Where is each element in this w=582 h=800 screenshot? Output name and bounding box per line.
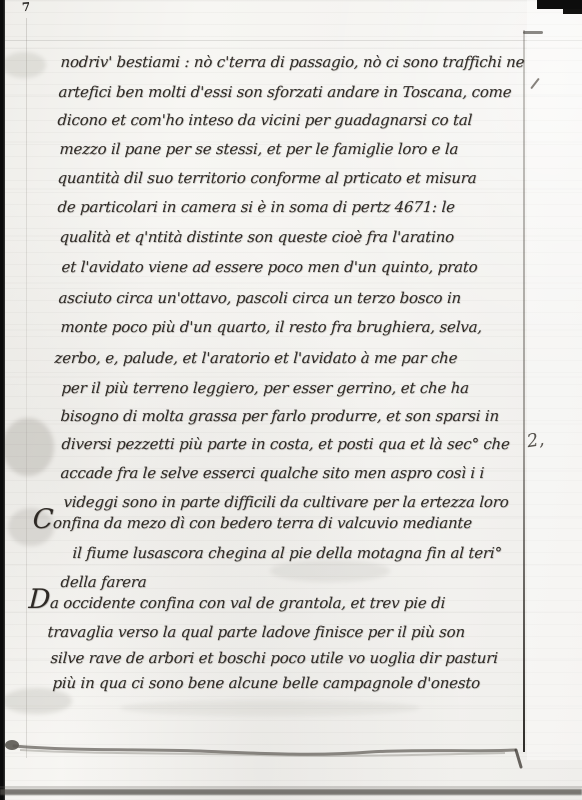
top-left-ink-mark: 7 [22, 1, 31, 14]
paper-smudge [120, 700, 420, 716]
manuscript-line-paragraph-start: Da occidente confina con val de grantola… [28, 592, 446, 613]
page-number-note: 2, [526, 430, 546, 452]
manuscript-line: per il più terreno leggiero, per esser g… [61, 378, 469, 398]
manuscript-line: artefici ben molti d'essi son sforzati a… [58, 82, 512, 102]
scan-left-edge [0, 0, 5, 800]
faint-rule-line [0, 40, 582, 41]
top-right-corner-mark [563, 9, 582, 14]
paper-smudge [270, 560, 390, 582]
manuscript-line: il fiume lusascora chegina al pie della … [72, 543, 502, 563]
right-fold-top-hook [523, 31, 543, 34]
paper-smudge [2, 418, 54, 476]
hand-drawn-bottom-rule [0, 720, 582, 780]
manuscript-line: monte poco più d'un quarto, il resto fra… [60, 317, 482, 337]
scanned-manuscript-page: 7 2, nodriv' bestiami : nò c'terra di pa… [0, 0, 582, 800]
right-fold-line [523, 30, 525, 752]
manuscript-line: dicono et com'ho inteso da vicini per gu… [57, 110, 473, 130]
manuscript-line: accade fra le selve esserci qualche sito… [60, 463, 485, 483]
manuscript-line: de particolari in camera si è in soma di… [57, 197, 455, 217]
manuscript-line: quantità dil suo territorio conforme al … [57, 168, 477, 188]
manuscript-line: silve rave de arbori et boschi poco util… [50, 648, 498, 668]
paper-smudge [2, 52, 46, 78]
manuscript-line: più in qua ci sono bene alcune belle cam… [52, 673, 481, 693]
page-right-margin [527, 0, 582, 760]
scan-bottom-shadow [0, 789, 582, 795]
manuscript-line: mezzo il pane per se stessi, et per le f… [59, 139, 459, 159]
manuscript-line: asciuto circa un'ottavo, pascoli circa u… [58, 288, 462, 308]
manuscript-line: videggi sono in parte difficili da culti… [63, 492, 509, 512]
left-fold-line [26, 18, 27, 758]
top-right-corner-mark [537, 0, 582, 9]
scan-bottom-shadow [0, 786, 582, 788]
manuscript-line-paragraph-start: Confina da mezo dì con bedero terra di v… [32, 512, 473, 533]
manuscript-line: zerbo, e, palude, et l'aratorio et l'avi… [54, 348, 458, 368]
manuscript-line: bisogno di molta grassa per farlo produr… [60, 406, 499, 426]
manuscript-line: diversi pezzetti più parte in costa, et … [61, 434, 510, 454]
manuscript-line: della farera [60, 572, 147, 592]
manuscript-line: et l'avidato viene ad essere poco men d'… [61, 257, 478, 277]
manuscript-line: travaglia verso la qual parte ladove fin… [47, 622, 465, 642]
manuscript-line: qualità et q'ntità distinte son queste c… [59, 227, 455, 247]
manuscript-line: nodriv' bestiami : nò c'terra di passagi… [60, 52, 525, 72]
